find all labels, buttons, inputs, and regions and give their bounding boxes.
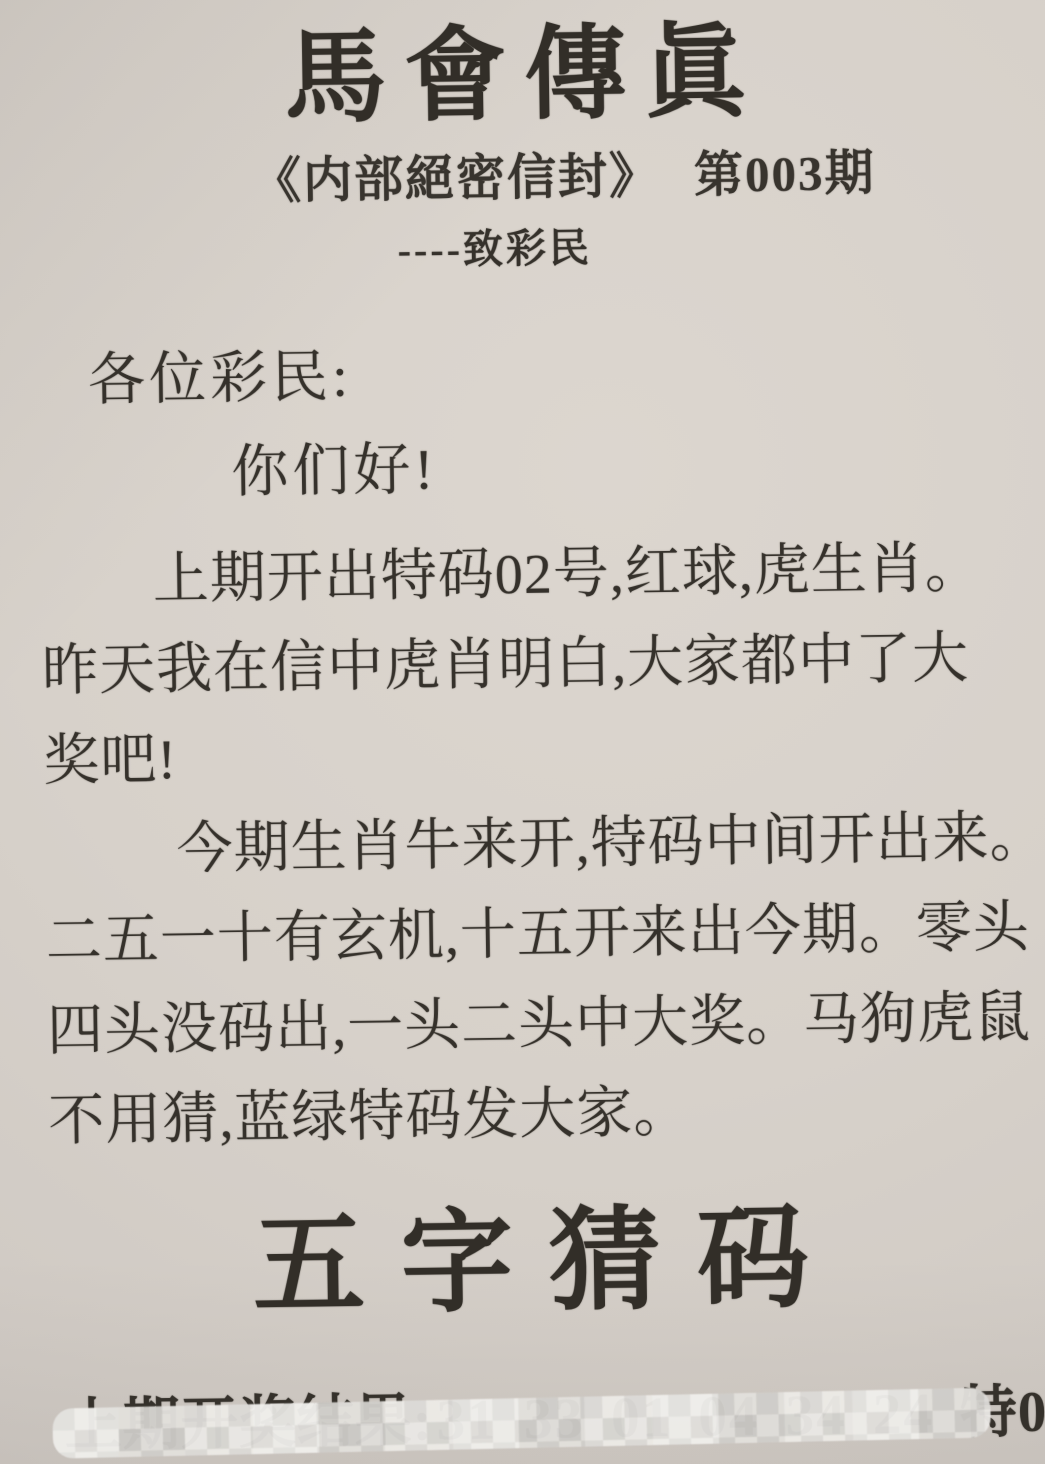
body-line: 不用猜,蓝绿特码发大家。 (48, 1063, 1034, 1167)
subtitle: 《内部絕密信封》 第003期 (41, 131, 1045, 216)
document-page: 馬會傳眞 《内部絕密信封》 第003期 ----致彩民 各位彩民: 你们好! 上… (0, 0, 1045, 1464)
body-line: 昨天我在信中虎肖明白,大家都中了大 (42, 613, 1028, 717)
body-line: 二五一十有玄机,十五开来出今期。零头 (45, 883, 1031, 987)
body-line: 今期生肖牛来开,特码中间开出来。 (44, 793, 1030, 897)
page-title: 馬會傳眞 (0, 0, 1038, 143)
issue-number: 第003期 (693, 134, 875, 207)
envelope-label: 《内部絕密信封》 (252, 137, 661, 213)
greeting: 你们好! (231, 415, 1043, 508)
salutation: 各位彩民: (87, 321, 1041, 416)
section-heading: 五字猜码 (8, 1189, 1045, 1338)
body-line: 奖吧! (43, 703, 1029, 807)
dedication-line: ----致彩民 (0, 210, 1018, 282)
document-content: 馬會傳眞 《内部絕密信封》 第003期 ----致彩民 各位彩民: 你们好! 上… (0, 0, 1045, 1464)
letter-body: 上期开出特码02号,红球,虎生肖。 昨天我在信中虎肖明白,大家都中了大 奖吧! … (40, 523, 1034, 1167)
body-line: 上期开出特码02号,红球,虎生肖。 (40, 523, 1026, 627)
body-line: 四头没码出,一头二头中大奖。马狗虎鼠 (47, 973, 1033, 1077)
